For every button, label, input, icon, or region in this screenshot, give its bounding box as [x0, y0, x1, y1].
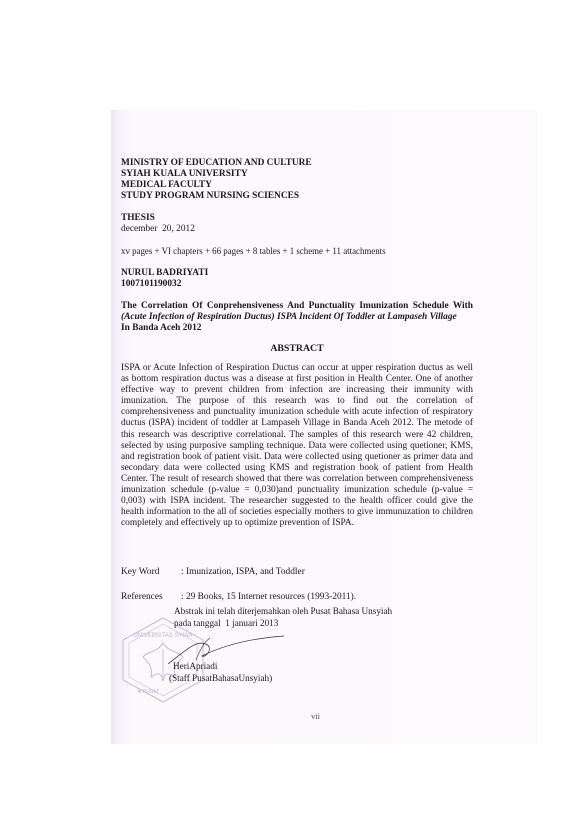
author-id: 1007101190032 [121, 279, 473, 290]
header-line: SYIAH KUALA UNIVERSITY [121, 169, 473, 180]
thesis-extent: xv pages + VI chapters + 66 pages + 8 ta… [121, 246, 473, 257]
translation-note: Abstrak ini telah diterjemahkan oleh Pus… [174, 605, 434, 629]
keywords-row: Key Word : Imunization, ISPA, and Toddle… [121, 567, 473, 578]
title-part: The Correlation Of Conprehensiveness And… [121, 301, 473, 311]
document-page: MINISTRY OF EDUCATION AND CULTURE SYIAH … [111, 110, 538, 744]
abstract-heading: ABSTRACT [121, 343, 473, 354]
keywords-label: Key Word [121, 567, 181, 578]
page-number: vii [311, 711, 320, 721]
thesis-date: december 20, 2012 [121, 224, 473, 235]
institution-header: MINISTRY OF EDUCATION AND CULTURE SYIAH … [121, 158, 473, 202]
translation-line: pada tanggal 1 januari 2013 [174, 617, 434, 629]
title-part: In Banda Aceh 2012 [121, 323, 202, 333]
header-line: STUDY PROGRAM NURSING SCIENCES [121, 191, 473, 202]
signer-block: HeriApriadi (Staff PusatBahasaUnsyiah) [169, 660, 272, 684]
abstract-body: ISPA or Acute Infection of Respiration D… [121, 363, 473, 529]
references-value: : 29 Books, 15 Internet resources (1993-… [181, 592, 356, 603]
page-content: MINISTRY OF EDUCATION AND CULTURE SYIAH … [121, 158, 473, 603]
references-row: References : 29 Books, 15 Internet resou… [121, 592, 473, 603]
thesis-title: The Correlation Of Conprehensiveness And… [121, 301, 473, 334]
author-name: NURUL BADRIYATI [121, 268, 473, 279]
signer-name: HeriApriadi [169, 660, 272, 672]
signer-role: (Staff PusatBahasaUnsyiah) [169, 672, 272, 684]
header-line: MEDICAL FACULTY [121, 180, 473, 191]
thesis-label: THESIS [121, 213, 473, 224]
title-part-italic: (Acute Infection of Respiration Ductus) [121, 312, 275, 322]
references-label: References [121, 592, 181, 603]
translation-line: Abstrak ini telah diterjemahkan oleh Pus… [174, 605, 434, 617]
title-part-italic: ISPA Incident Of Toddler at Lampaseh Vil… [275, 312, 457, 322]
svg-text:★ PUSAT: ★ PUSAT [137, 689, 159, 695]
keywords-value: : Imunization, ISPA, and Toddler [181, 567, 305, 578]
header-line: MINISTRY OF EDUCATION AND CULTURE [121, 158, 473, 169]
